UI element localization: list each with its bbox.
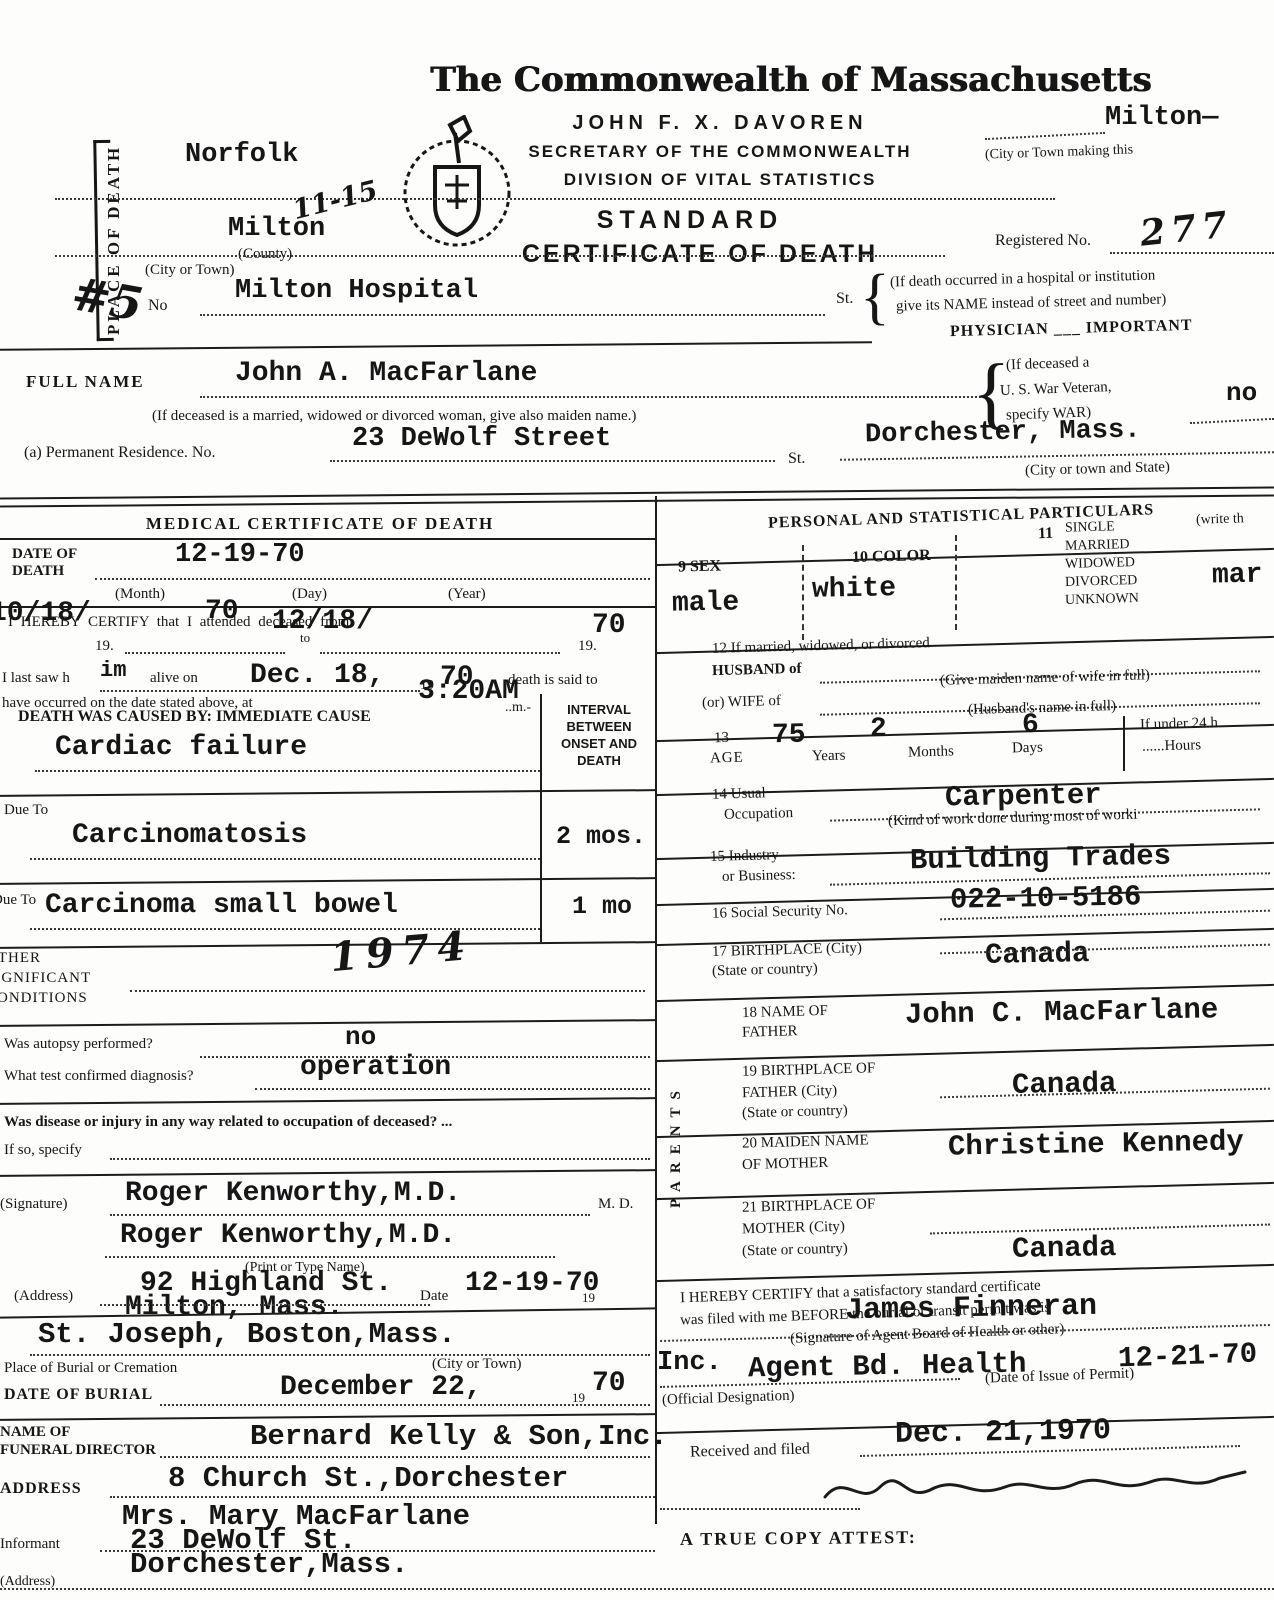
- clerk-signature: [820, 1452, 1250, 1512]
- occupation-question: Was disease or injury in any way related…: [4, 1114, 452, 1131]
- marital-option-unknown: UNKNOWN: [1065, 591, 1139, 609]
- town-line: [55, 255, 945, 257]
- ssn-value: 022-10-5186: [950, 880, 1142, 916]
- physician-note: PHYSICIAN ___ IMPORTANT: [950, 317, 1193, 341]
- residence-label: (a) Permanent Residence. No.: [24, 444, 215, 462]
- funeral-address-label: ADDRESS: [0, 1480, 82, 1498]
- cause2-value: Carcinomatosis: [72, 820, 307, 851]
- other-conditions-line: [130, 990, 645, 992]
- sex-value: male: [672, 587, 740, 619]
- test-line: [255, 1088, 650, 1090]
- rule-under-father: [655, 1044, 1274, 1062]
- husband-label: HUSBAND of: [712, 661, 802, 680]
- attended-to-year: 70: [592, 610, 626, 641]
- months-caption: Months: [908, 743, 954, 761]
- married-note: 12 If married, widowed, or divorced: [712, 635, 930, 658]
- interval-divider: [540, 694, 542, 942]
- bottom-edge-line: [0, 1588, 1274, 1590]
- street-st-label: St.: [836, 290, 853, 308]
- burial-place-line: [30, 1354, 650, 1356]
- wife-caption: (Husband's name in full): [968, 698, 1116, 719]
- address-label: (Address): [14, 1288, 73, 1305]
- rule-under-mother: [655, 1182, 1274, 1200]
- physician-address-line: [100, 1304, 430, 1306]
- father-bp-label3: (State or country): [742, 1103, 848, 1123]
- due-to-label-2: Due To: [0, 892, 36, 909]
- marital-option-married: MARRIED: [1065, 537, 1130, 555]
- color-value: white: [812, 573, 897, 605]
- secretary-title: SECRETARY OF THE COMMONWEALTH: [460, 142, 980, 162]
- date-of-death-line: [95, 578, 650, 580]
- hospital-value: Milton Hospital: [235, 276, 478, 306]
- interval-header-3: ONSET AND: [545, 736, 653, 751]
- other-conditions-label1: OTHER: [0, 950, 41, 967]
- agent-signature-caption: (Signature of Agent Board of Health or o…: [790, 1321, 1065, 1348]
- years-caption: Years: [812, 748, 846, 766]
- hospital-note-brace: {: [860, 262, 890, 333]
- industry-label2: or Business:: [722, 867, 796, 886]
- marital-value: mar: [1212, 560, 1263, 592]
- mother-name-value: Christine Kennedy: [948, 1125, 1244, 1163]
- true-copy-attest: A TRUE COPY ATTEST:: [680, 1527, 917, 1550]
- veteran-value: no: [1226, 378, 1257, 408]
- veteran-line: [1190, 418, 1274, 424]
- attended-to-value: 12/18/: [272, 606, 373, 637]
- signature-md-suffix: M. D.: [598, 1196, 633, 1213]
- personal-title-rule: [655, 548, 1274, 566]
- rule-under-specify: [0, 1169, 655, 1177]
- from-line: [125, 652, 285, 654]
- funeral-director-value: Bernard Kelly & Son,Inc.: [250, 1420, 668, 1453]
- date-of-death-label2: DEATH: [12, 563, 64, 580]
- time-of-death-value: 3:20AM: [418, 676, 519, 707]
- street-no-label: No: [148, 297, 168, 315]
- autopsy-question: Was autopsy performed?: [4, 1036, 153, 1053]
- husband-caption: (Give maiden name of wife in full): [940, 667, 1150, 689]
- specify-question: If so, specify: [4, 1142, 82, 1159]
- immediate-cause-line: [35, 770, 540, 772]
- ssn-label: 16 Social Security No.: [712, 902, 848, 923]
- due-to-label-1: Due To: [4, 802, 48, 819]
- father-bp-label1: 19 BIRTHPLACE OF: [742, 1060, 876, 1080]
- other-conditions-label3: CONDITIONS: [0, 990, 88, 1007]
- designation-caption: (Official Designation): [662, 1388, 795, 1410]
- time-m-suffix: ..m.-: [505, 700, 531, 716]
- residence-city-caption: (City or town and State): [1025, 459, 1170, 480]
- occupation-label1: 14 Usual: [712, 785, 766, 803]
- town-caption: (City or Town): [145, 262, 235, 279]
- last-saw-pre: I last saw h: [2, 670, 70, 687]
- date-word-label: Date: [420, 1288, 448, 1305]
- burial-date-line: [160, 1404, 650, 1406]
- rule-under-cause3: [0, 941, 655, 949]
- test-answer: operation: [300, 1052, 451, 1083]
- registered-no-label: Registered No.: [995, 232, 1091, 250]
- date-of-death-value: 12-19-70: [175, 540, 305, 570]
- interval-header-1: INTERVAL: [545, 702, 653, 717]
- funeral-director-line: [160, 1456, 650, 1458]
- margin-mark: #5: [68, 266, 147, 331]
- age-num: 13: [714, 730, 729, 747]
- informant-label: Informant: [0, 1536, 60, 1553]
- age-months-value: 2: [870, 714, 887, 745]
- marital-option-single: SINGLE: [1065, 519, 1115, 536]
- parents-label: PARENTS: [668, 1018, 685, 1208]
- certificate-date-value: 12-19-70: [465, 1268, 599, 1299]
- mother-bp-label2: MOTHER (City): [742, 1219, 845, 1239]
- burial-date-value: December 22,: [280, 1372, 482, 1403]
- city-making-value: Milton—: [1105, 103, 1218, 133]
- last-saw-date: Dec. 18,: [250, 660, 384, 691]
- county-line: [55, 198, 1055, 200]
- registered-no-line: [1110, 252, 1274, 254]
- secretary-name: JOHN F. X. DAVOREN: [480, 112, 960, 135]
- cause3-value: Carcinoma small bowel: [45, 890, 398, 921]
- interval-header-2: BETWEEN: [545, 719, 653, 734]
- birthplace-value: Canada: [985, 937, 1090, 972]
- veteran-note-line2: U. S. War Veteran,: [1000, 379, 1112, 400]
- last-saw-him: im: [100, 658, 126, 683]
- state-seal-icon: [395, 115, 520, 255]
- funeral-address-line: [110, 1496, 655, 1498]
- full-name-value: John A. MacFarlane: [235, 358, 537, 389]
- full-name-label: FULL NAME: [26, 372, 145, 392]
- color-marital-divider: [955, 535, 957, 630]
- year19-left: 19.: [95, 638, 114, 655]
- to-line: [320, 652, 560, 654]
- received-filed-value: Dec. 21,1970: [895, 1414, 1112, 1452]
- burial-year-value: 70: [592, 1368, 626, 1399]
- residence-city-line: [840, 451, 1274, 461]
- burial-city-caption: (City or Town): [432, 1356, 522, 1373]
- father-bp-value: Canada: [1012, 1067, 1117, 1102]
- hospital-note-line2: give its NAME instead of street and numb…: [896, 291, 1167, 315]
- signature-label: (Signature): [0, 1196, 67, 1213]
- last-saw-line: [100, 690, 420, 692]
- date-19-small: 19: [582, 1290, 595, 1306]
- marital-option-divorced: DIVORCED: [1065, 573, 1138, 591]
- mother-bp-label1: 21 BIRTHPLACE OF: [742, 1196, 876, 1216]
- father-label1: 18 NAME OF: [742, 1003, 828, 1022]
- year19-right: 19.: [578, 638, 597, 655]
- veteran-note-line1: (If deceased a: [1006, 355, 1090, 375]
- print-name-line: [105, 1256, 555, 1258]
- director-inc-overflow: Inc.: [657, 1348, 722, 1378]
- other-conditions-value: 1974: [328, 922, 475, 981]
- received-secondary-line: [660, 1508, 860, 1510]
- rule-under-cause1: [0, 789, 655, 797]
- marital-num: 11: [1038, 525, 1054, 543]
- attended-from-year: 70: [205, 596, 239, 627]
- sex-color-divider: [802, 545, 804, 640]
- father-name-value: John C. MacFarlane: [905, 993, 1219, 1031]
- sex-label: 9 SEX: [678, 557, 722, 576]
- medical-section-title: MEDICAL CERTIFICATE OF DEATH: [60, 514, 580, 534]
- city-making-caption: (City or Town making this: [985, 142, 1134, 163]
- mother-label2: OF MOTHER: [742, 1155, 829, 1174]
- to-word: to: [300, 630, 310, 646]
- hours-caption: ......Hours: [1142, 737, 1202, 756]
- rule-above-name: [0, 341, 872, 351]
- town-value: Milton: [228, 214, 325, 244]
- rule-under-other: [0, 1019, 655, 1027]
- father-label2: FATHER: [742, 1023, 798, 1041]
- age-days-value: 6: [1022, 710, 1039, 741]
- medical-title-rule: [0, 538, 655, 540]
- maiden-note: (If deceased is a married, widowed or di…: [152, 408, 636, 425]
- other-conditions-label2: SIGNIFICANT: [0, 970, 91, 987]
- date-of-death-label1: DATE OF: [12, 546, 77, 563]
- interval-header-4: DEATH: [545, 753, 653, 768]
- last-saw-mid: alive on: [150, 670, 198, 687]
- signature-line: [110, 1214, 590, 1216]
- cause2-interval-value: 2 mos.: [556, 822, 646, 851]
- burial-date-label: DATE OF BURIAL: [4, 1386, 153, 1404]
- father-bp-label2: FATHER (City): [742, 1083, 838, 1102]
- year-caption: (Year): [448, 586, 486, 603]
- industry-value: Building Trades: [910, 840, 1172, 878]
- funeral-director-label2: FUNERAL DIRECTOR: [0, 1442, 156, 1459]
- city-making-line: [985, 132, 1105, 140]
- cause2-line: [30, 858, 540, 860]
- division-title: DIVISION OF VITAL STATISTICS: [490, 170, 950, 190]
- permit-date-value: 12-21-70: [1117, 1338, 1257, 1376]
- rule-under-cause2: [0, 877, 655, 885]
- age-label: AGE: [710, 750, 744, 768]
- test-question: What test confirmed diagnosis?: [4, 1068, 194, 1085]
- attended-from-value: 10/18/: [0, 598, 91, 629]
- industry-label1: 15 Industry: [710, 847, 779, 866]
- mother-bp-value: Canada: [1012, 1231, 1117, 1266]
- mother-label1: 20 MAIDEN NAME: [742, 1132, 869, 1152]
- residence-value: 23 DeWolf Street: [352, 424, 611, 454]
- registered-no-value: 277: [1138, 203, 1235, 255]
- specify-line: [110, 1158, 650, 1160]
- residence-city-value: Dorchester, Mass.: [865, 416, 1141, 451]
- residence-line: [330, 460, 775, 462]
- commonwealth-title: The Commonwealth of Massachusetts: [430, 60, 1110, 100]
- hospital-note-line1: (If death occurred in a hospital or inst…: [890, 268, 1156, 292]
- autopsy-answer: no: [345, 1022, 376, 1052]
- funeral-address-value: 8 Church St.,Dorchester: [168, 1462, 568, 1495]
- residence-st-label: St.: [788, 450, 805, 468]
- burial-place-label: Place of Burial or Cremation: [4, 1360, 177, 1377]
- under24-divider: [1123, 716, 1125, 771]
- days-caption: Days: [1012, 740, 1043, 758]
- print-name-value: Roger Kenworthy,M.D.: [120, 1220, 456, 1251]
- form-title-standard: STANDARD: [540, 206, 840, 235]
- birthplace-label1: 17 BIRTHPLACE (City): [712, 940, 862, 961]
- immediate-cause-value: Cardiac failure: [55, 732, 307, 763]
- funeral-director-label1: NAME OF: [0, 1424, 70, 1441]
- received-filed-label: Received and filed: [690, 1440, 810, 1461]
- informant-city-value: Dorchester,Mass.: [130, 1548, 408, 1581]
- marital-write-note: (write th: [1196, 511, 1244, 528]
- death-certificate-page: The Commonwealth of Massachusetts JOHN F…: [0, 0, 1274, 1600]
- occupation-label2: Occupation: [724, 805, 794, 824]
- mother-bp-label3: (State or country): [742, 1241, 848, 1261]
- cause3-interval-value: 1 mo: [572, 892, 632, 921]
- marital-option-widowed: WIDOWED: [1065, 555, 1135, 573]
- age-years-value: 75: [772, 720, 806, 752]
- full-name-line: [200, 396, 988, 398]
- under24-caption: If under 24 h: [1140, 715, 1218, 734]
- occupation-caption: (Kind of work done during most of worki: [888, 807, 1138, 831]
- wife-label: (or) WIFE of: [702, 693, 781, 712]
- hospital-line: [200, 314, 825, 316]
- signature-value: Roger Kenworthy,M.D.: [125, 1178, 461, 1209]
- caused-by-label: DEATH WAS CAUSED BY: IMMEDIATE CAUSE: [18, 708, 371, 726]
- day-caption: (Day): [292, 586, 327, 603]
- last-saw-post: death is said to: [508, 672, 598, 689]
- burial-place-value: St. Joseph, Boston,Mass.: [38, 1318, 456, 1351]
- birthplace-label2: (State or country): [712, 961, 818, 981]
- rule-under-test: [0, 1097, 655, 1105]
- color-label: 10 COLOR: [852, 547, 931, 567]
- month-caption: (Month): [115, 586, 165, 603]
- county-value: Norfolk: [185, 140, 298, 170]
